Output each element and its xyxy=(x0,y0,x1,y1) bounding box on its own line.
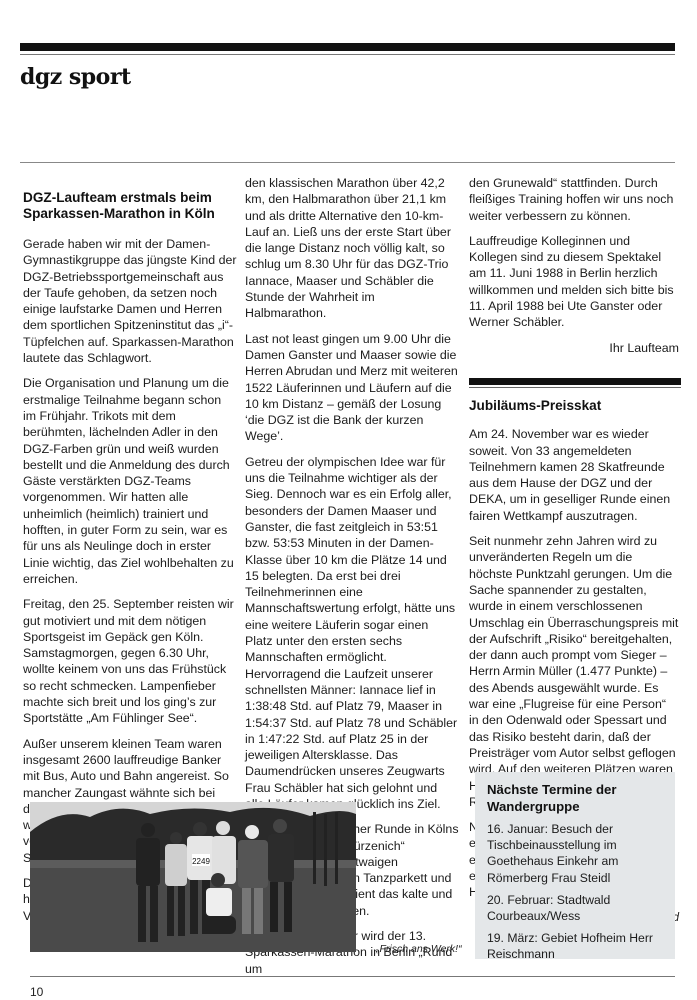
svg-text:2249: 2249 xyxy=(192,857,210,866)
header-divider xyxy=(20,162,675,163)
top-thick-rule xyxy=(20,43,675,51)
paragraph: den Grunewald“ stattfinden. Durch fleißi… xyxy=(469,175,679,224)
section-title: dgz sport xyxy=(20,64,131,90)
schedule-entry: 20. Februar: Stadtwald Courbeaux/Wess xyxy=(487,892,663,924)
paragraph: Last not least gingen um 9.00 Uhr die Da… xyxy=(245,331,459,445)
article-headline: DGZ-Laufteam erstmals beim Sparkassen-Ma… xyxy=(23,190,237,222)
article-headline-preisskat: Jubiläums-Preisskat xyxy=(469,398,679,414)
schedule-entry: 19. März: Gebiet Hofheim Herr Reischmann xyxy=(487,930,663,962)
section-thin-rule xyxy=(469,387,681,388)
team-photo: 2249 xyxy=(30,802,356,952)
paragraph: Lauffreudige Kolleginnen und Kollegen si… xyxy=(469,233,679,331)
paragraph: Gerade haben wir mit der Damen-Gymnastik… xyxy=(23,236,237,366)
paragraph: Am 24. November war es wieder soweit. Vo… xyxy=(469,426,679,524)
wandergruppe-info-box: Nächste Termine der Wandergruppe 16. Jan… xyxy=(475,772,675,959)
paragraph: Getreu der olympischen Idee war für uns … xyxy=(245,454,459,813)
paragraph: Die Organisation und Planung um die erst… xyxy=(23,375,237,587)
article-signature: Ihr Laufteam xyxy=(469,340,679,356)
paragraph: Freitag, den 25. September reisten wir g… xyxy=(23,596,237,726)
page-number: 10 xyxy=(30,985,43,999)
photo-caption: „Frisch ans Werk!“ xyxy=(376,943,462,955)
paragraph: den klassischen Marathon über 42,2 km, d… xyxy=(245,175,459,322)
paragraph: Seit nunmehr zehn Jahren wird zu unverän… xyxy=(469,533,679,810)
info-box-title: Nächste Termine der Wandergruppe xyxy=(487,782,663,815)
section-thick-rule xyxy=(469,378,681,385)
footer-rule xyxy=(30,976,675,977)
top-thin-rule xyxy=(20,54,675,55)
schedule-entry: 16. Januar: Besuch der Tischbeinausstell… xyxy=(487,821,663,886)
team-photo-illustration: 2249 xyxy=(30,802,356,952)
